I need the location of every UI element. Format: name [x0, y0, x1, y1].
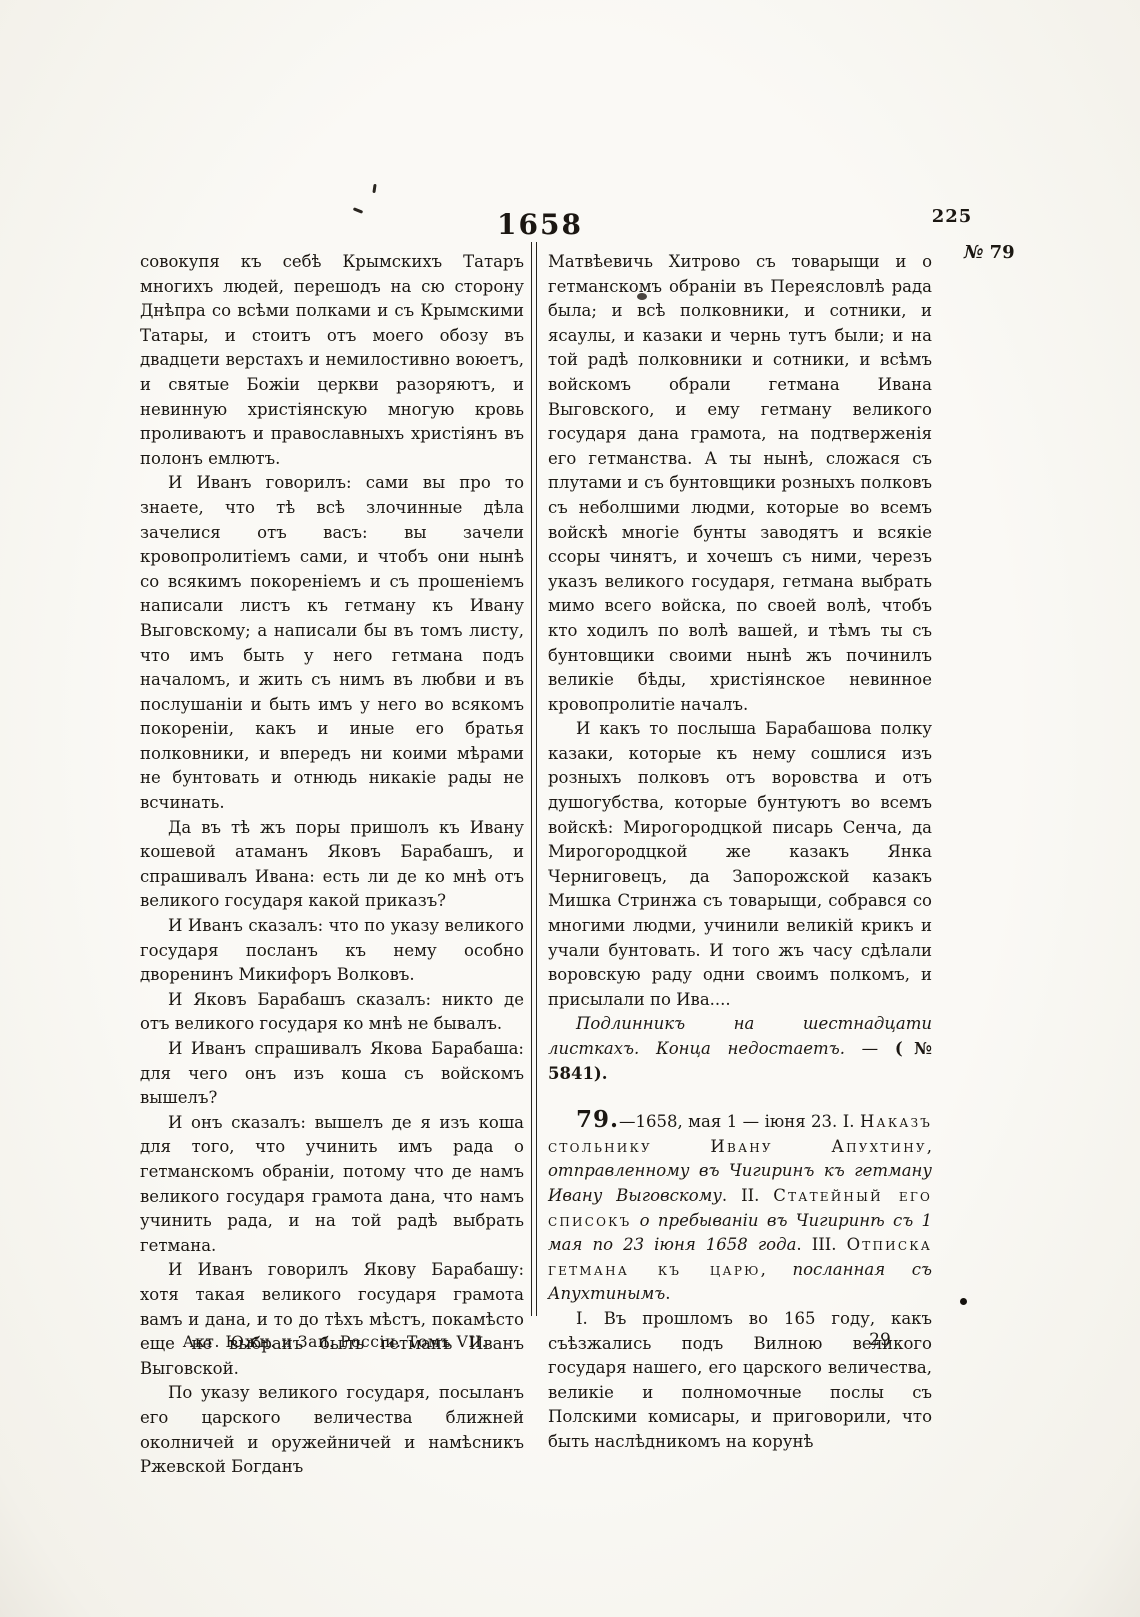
record-heading-segment	[631, 1211, 639, 1230]
paragraph: И Иванъ спрашивалъ Якова Барабаша: для ч…	[140, 1037, 524, 1111]
record-heading: 79.—1658, мая 1 — іюня 23. I. Наказъ сто…	[548, 1108, 932, 1307]
ink-dot	[960, 1298, 967, 1305]
ink-speck	[372, 184, 376, 193]
right-text-column: Матвѣевичь Хитрово съ товарыщи и о гетма…	[548, 250, 932, 1455]
entry-number: 79	[990, 242, 1015, 263]
paragraph: Матвѣевичь Хитрово съ товарыщи и о гетма…	[548, 250, 932, 717]
paragraph: И какъ то послыша Барабашова полку казак…	[548, 717, 932, 1012]
signature-number: 29	[858, 1330, 902, 1350]
paragraph: Да въ тѣ жъ поры пришолъ къ Ивану кошево…	[140, 816, 524, 914]
series-imprint: Акт. Южн. и Зап. Россіи. Томъ VII.	[145, 1333, 525, 1351]
numero-sign: №	[964, 242, 984, 263]
paragraph: По указу великого государя, посыланъ его…	[140, 1381, 524, 1479]
archival-note: Подлинникъ на шестнадцати листкахъ. Конц…	[548, 1012, 932, 1086]
paragraph: И Иванъ сказалъ: что по указу великого г…	[140, 914, 524, 988]
paragraph: И Иванъ говорилъ Якову Барабашу: хотя та…	[140, 1258, 524, 1381]
left-text-column: совокупя къ себѣ Крымскихъ Татаръ многих…	[140, 250, 524, 1480]
paragraph: И Иванъ говорилъ: сами вы про то знаете,…	[140, 471, 524, 815]
paragraph: совокупя къ себѣ Крымскихъ Татаръ многих…	[140, 250, 524, 471]
column-divider-rule	[531, 242, 537, 1316]
record-heading-segment: —1658, мая 1 — іюня 23. I.	[619, 1112, 860, 1131]
record-heading-segment: . III.	[796, 1235, 846, 1254]
record-heading-segment: 79.	[576, 1106, 619, 1133]
record-heading-segment: .	[665, 1284, 670, 1303]
running-head-year: 1658	[140, 208, 940, 241]
ink-blot	[637, 293, 647, 300]
page-number: 225	[926, 206, 978, 227]
margin-entry-number: №79	[964, 242, 1015, 263]
record-heading-segment: . II.	[722, 1186, 773, 1205]
paragraph: И онъ сказалъ: вышелъ де я изъ коша для …	[140, 1111, 524, 1259]
book-page-scan: 1658 225 №79 совокупя къ себѣ Крымскихъ …	[0, 0, 1140, 1617]
archival-note-text: Подлинникъ на шестнадцати листкахъ. Конц…	[548, 1014, 932, 1058]
paragraph: И Яковъ Барабашъ сказалъ: никто де отъ в…	[140, 988, 524, 1037]
record-heading-segment: ,	[927, 1137, 932, 1156]
record-heading-segment: ,	[761, 1260, 793, 1279]
